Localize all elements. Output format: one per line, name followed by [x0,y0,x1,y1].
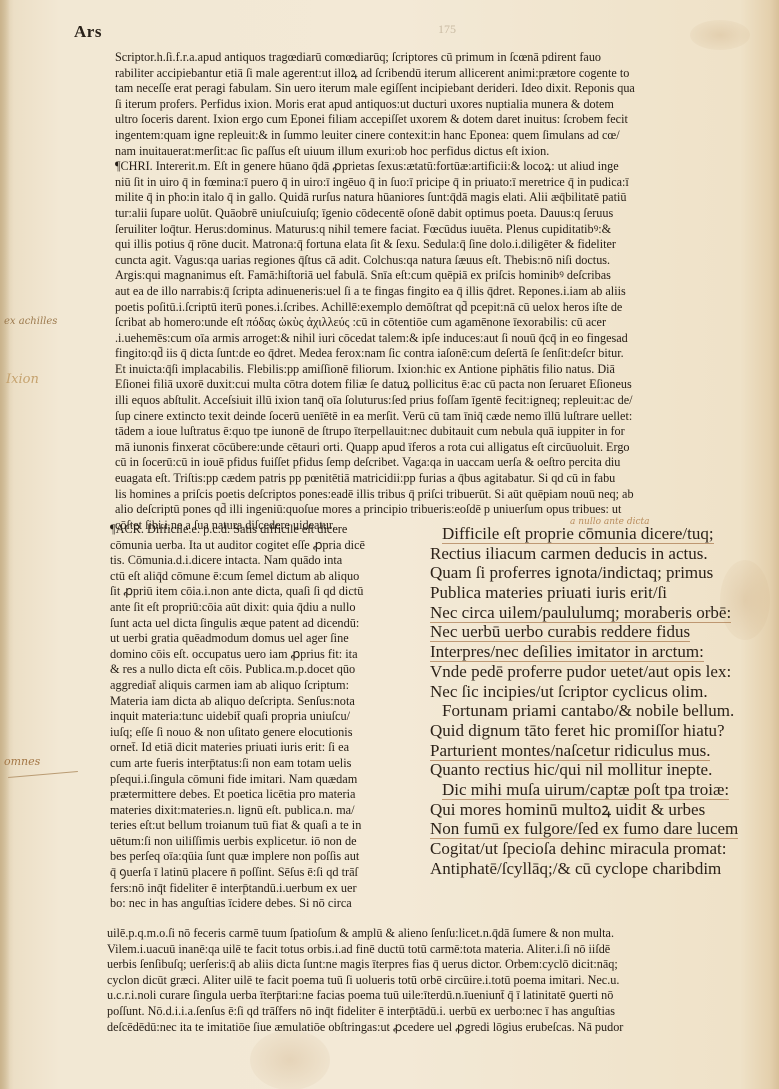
commentary-line: tur:alii ſupare uolūt. Quāobrē uniuſcuiu… [115,206,755,222]
verse-line-underlined: Non fumū ex fulgore/ſed ex fumo dare luc… [430,819,738,839]
commentary-top: Scriptor.h.ſi.f.r.a.apud antiquos tragœd… [115,50,755,533]
verse-line-underlined: Nec uerbū uerbo curabis reddere fidus [430,622,690,642]
verse-line-underlined: Dic mihi muſa uirum/captæ poſt tpa troiæ… [442,780,729,800]
commentary-line: q̄ ꝯuerſa ī latinū placere n̄ poſſint. S… [110,865,430,881]
commentary-line: alio deſcriptū pones qd̄ illi ingeniū:qu… [115,502,755,518]
commentary-line: cyclon dicūt græci. Aliter uilē te facit… [107,973,757,989]
commentary-line: mā iunonis finxerat cōcūbere:unde cētaur… [115,440,755,456]
commentary-line: deſcēdēdū:nec ita te imitatiōe ſiue æmul… [107,1020,757,1036]
verse-line-underlined: Interpres/nec deſilies imitator in arctu… [430,642,704,662]
commentary-line: teries eſt:ut bellum troianum tuū fiat &… [110,818,430,834]
commentary-line: ctū eſt aliq̄d cōmune ē:cum ſemel dictum… [110,569,430,585]
commentary-line: Et inuicta:q̄ſi implacabilis. Flebilis:p… [115,362,755,378]
marginal-note-verse: omnes [4,755,40,768]
verse-line: Quanto rectius hic/qui nil mollitur inep… [430,760,775,780]
commentary-line: ornet̄. Id etiā dicit materies priuati i… [110,740,430,756]
commentary-line: ſunt acta uel dicta ſingulis æque patent… [110,616,430,632]
commentary-line: ¶CHRI. Intererit.m. Eſt in genere hūano … [115,159,755,175]
verse-line: Nec circa uilem/paululumq; moraberis orb… [430,603,775,623]
commentary-line: cōmunia uerba. Ita ut auditor cogitet eſ… [110,538,430,554]
verse-text: Difficile eſt proprie cōmunia dicere/tuq… [430,524,775,878]
verse-line: Quam ſi proferres ignota/indictaq; primu… [430,563,775,583]
commentary-line: ſup cinere extincto texit deinde ſocerū … [115,409,755,425]
commentary-line: milite q̄ in pħo:in italo q̄ in gallo. Q… [115,190,755,206]
verse-line: Nec ſic incipies/ut ſcriptor cyclicus ol… [430,682,775,702]
paper-stain [250,1030,330,1089]
verse-line-underlined: Nec circa uilem/paululumq; moraberis orb… [430,603,731,623]
folio-number: 175 [438,22,456,37]
commentary-line: bes perſeq oīa:qūia ſunt quæ implere non… [110,849,430,865]
verse-line: Nec uerbū uerbo curabis reddere fidus [430,622,775,642]
commentary-line: qui illis potius q̄ rōne ducit. Matrona:… [115,237,755,253]
commentary-line: ſit ꝓpriū item cōia.i.non ante dicta, qu… [110,584,430,600]
interlinear-note: a nullo ante dicta [570,517,649,527]
marginal-note-achilles: ex achilles [4,316,57,327]
commentary-line: iuſq; eſſe ſi nouo & non uſitato genere … [110,725,430,741]
verse-line-underlined: Difficile eſt proprie cōmunia dicere/tuq… [442,524,714,544]
commentary-line: ultro ſoceris darent. Ixion ergo cum Epo… [115,112,755,128]
verse-line: Quid dignum tāto feret hic promiſſor hia… [430,721,775,741]
commentary-line: materies dixit:materies.n. lignū eſt. pu… [110,803,430,819]
commentary-line: ¶ACR. Difficile.e. p.c.d. Satis difficil… [110,522,430,538]
commentary-line: uētum:ſi non uiliſſimis uerbis explicetu… [110,834,430,850]
commentary-line: fingito:qd̄ iis q̄ dicta ſunt:de eo q̄dr… [115,346,755,362]
verse-line: Parturient montes/naſcetur ridiculus mus… [430,741,775,761]
commentary-line: rabiliter accipiebantur etiā ſi male age… [115,66,755,82]
commentary-line: bo: nec in has anguſtias īcidere debes. … [110,896,430,912]
verse-line: Cogitat/ut ſpecioſa dehinc miracula prom… [430,839,775,859]
commentary-line: aut ea de illo narrabis:q̄ ſcripta adinu… [115,284,755,300]
commentary-line: tādem a ioue luſtratus ē:quo tpe iunonē … [115,424,755,440]
verse-line: Antiphatē/ſcyllāq;/& cū cyclope charibdi… [430,859,775,879]
commentary-line: fers:nō inq̄t fideliter ē interp̄tandū.i… [110,881,430,897]
commentary-line: niū ſit in uiro q̄ in fœmina:ī puero q̄ … [115,175,755,191]
commentary-line: & res a nullo dicta eſt cōis. Publica.m.… [110,662,430,678]
book-page: Ars 175 Scriptor.h.ſi.f.r.a.apud antiquo… [0,0,779,1089]
commentary-line: uerbis ſenſibuſq; uerſeris:q̄ ab aliis d… [107,957,757,973]
commentary-line: Materia iam dicta ab aliquo deſcripta. S… [110,694,430,710]
commentary-line: inquit materia:tunc uidebit̄ quaſi propr… [110,709,430,725]
commentary-line: poetis poſitū.i.ſcriptū iterū pones.i.ſc… [115,300,755,316]
verse-line: Interpres/nec deſilies imitator in arctu… [430,642,775,662]
verse-line: Non fumū ex fulgore/ſed ex fumo dare luc… [430,819,775,839]
commentary-line: cū in ſocerū:cū in iouē pfidus fuiſſet p… [115,455,755,471]
commentary-line: Argis:qui magnanimus eſt. Famā:hiſtoriā … [115,268,755,284]
commentary-line: nam inuitauerat:merſit:ac ſic paſſus eſt… [115,144,755,160]
commentary-line: ante ſit eſt propriū:cōia aūt dixit: qui… [110,600,430,616]
verse-line-underlined: Parturient montes/naſcetur ridiculus mus… [430,741,710,761]
commentary-bottom: uilē.p.q.m.o.ſi nō feceris carmē tuum ſp… [107,926,757,1035]
commentary-line: ut uerbi gratia quēadmodum domus uel age… [110,631,430,647]
commentary-line: ingentem:quam igne repleuit:& in ſummo l… [115,128,755,144]
verse-line: Dic mihi muſa uirum/captæ poſt tpa troiæ… [430,780,775,800]
commentary-line: poſſunt. Nō.d.i.i.a.ſenſus ē:ſi qd trāſf… [107,1004,757,1020]
commentary-line: tam neceſſe erat peragi fabulam. Sin uer… [115,81,755,97]
paper-stain [690,20,750,50]
commentary-line: ſi iterum profers. Perfidus ixion. Moris… [115,97,755,113]
commentary-left: ¶ACR. Difficile.e. p.c.d. Satis difficil… [110,522,430,912]
verse-line: Qui mores hominū multoꝝ uidit & urbes [430,800,775,820]
verse-line: Rectius iliacum carmen deducis in actus. [430,544,775,564]
marginal-stroke [8,771,78,778]
commentary-line: cuncta agit. Vagus:qa uarias regiones q̄… [115,253,755,269]
commentary-line: .i.uehemēs:cum oīa armis arroget:& nihil… [115,331,755,347]
verse-line: Vnde pedē proferre pudor uetet/aut opis … [430,662,775,682]
commentary-line: lis homines a priſcis poetis deſcriptos … [115,487,755,503]
commentary-line: Vilem.i.uacuū inanē:qa uilē te facit tot… [107,942,757,958]
commentary-line: tis. Cōmunia.d.i.dicere intacta. Nam quā… [110,553,430,569]
running-head: Ars [74,22,102,42]
commentary-line: domino cōis eſt. occupatus uero iam ꝓpri… [110,647,430,663]
commentary-line: aggrediat̄ aliquis carmen iam ab aliquo … [110,678,430,694]
commentary-line: pſequi.i.ſingula cōmuni fide imitari. Na… [110,772,430,788]
commentary-line: ſeruiliter loq̄tur. Herus:dominus. Matur… [115,222,755,238]
verse-line: Fortunam priami cantabo/& nobile bellum. [430,701,775,721]
commentary-line: cum arte fueris interp̄tatus:ſi non eam … [110,756,430,772]
commentary-line: Scriptor.h.ſi.f.r.a.apud antiquos tragœd… [115,50,755,66]
commentary-line: uilē.p.q.m.o.ſi nō feceris carmē tuum ſp… [107,926,757,942]
commentary-line: Eſionei filiā uxorē duxit:cui multa cōtr… [115,377,755,393]
commentary-line: euagata eſt. Triſtis:pp cædem patris pp … [115,471,755,487]
marginal-note-ixion: Ixion [6,372,39,387]
commentary-line: illi equos abſtulit. Acceſsiuit illū ixi… [115,393,755,409]
gutter-shadow [0,0,10,1089]
commentary-line: ſcribat ab homero:unde eſt πόδας ὠκὺς ἀχ… [115,315,755,331]
commentary-line: u.c.r.i.noli curare ſingula uerba īterp̄… [107,988,757,1004]
commentary-line: prætermittere debes. Et poetica licētia … [110,787,430,803]
verse-line: Publica materies priuati iuris erit/ſi [430,583,775,603]
